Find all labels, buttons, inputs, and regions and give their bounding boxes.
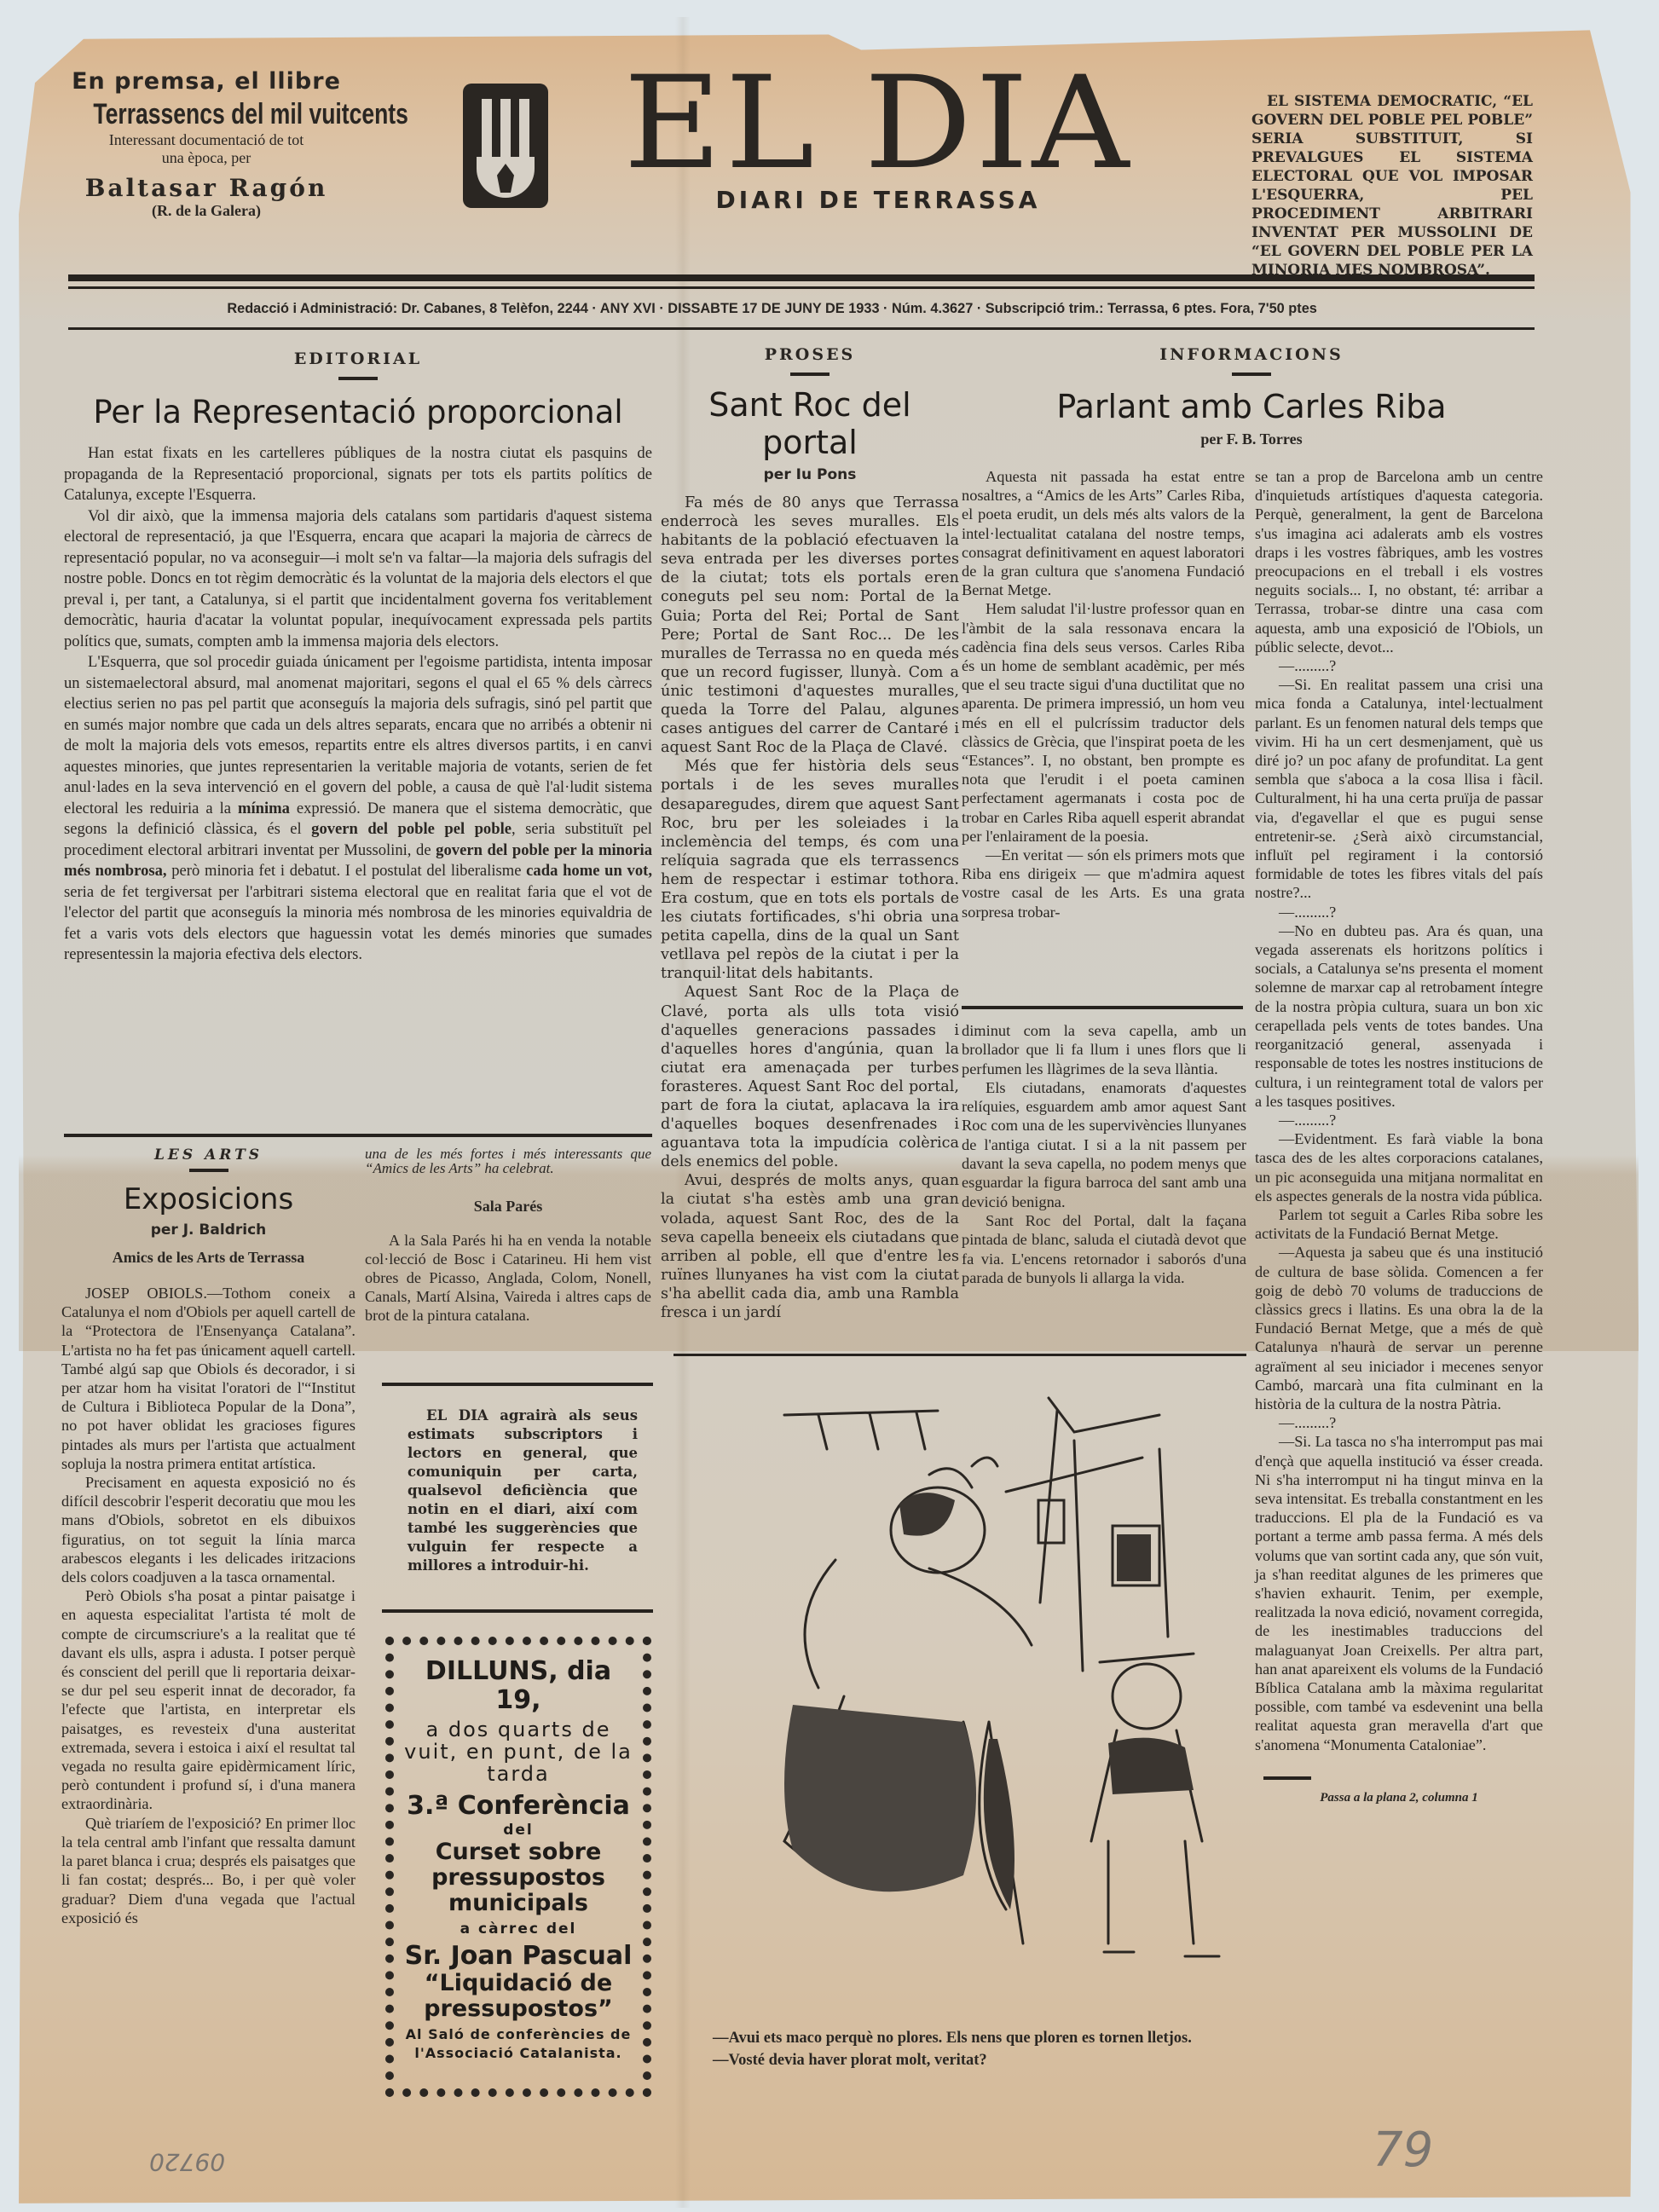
notice-lead: EL DIA xyxy=(408,1407,488,1424)
paragraph: Precisament en aquesta exposició no és d… xyxy=(61,1473,355,1586)
ad-venue: Al Saló de conferències de l'Associació … xyxy=(402,2025,634,2063)
newspaper-title: EL DIA xyxy=(601,68,1156,179)
political-notice-box: EL SISTEMA DEMOCRATIC, “EL GOVERN DEL PO… xyxy=(1251,92,1533,280)
paragraph: —No en dubteu pas. Ara és quan, una vega… xyxy=(1255,921,1543,1111)
ad-time: a dos quarts de vuit, en punt, de la tar… xyxy=(402,1718,634,1785)
ad-speaker: Sr. Joan Pascual xyxy=(402,1942,634,1971)
editorial-article: EDITORIAL Per la Representació proporcio… xyxy=(64,349,652,966)
paragraph: Aquest Sant Roc de la Plaça de Clavé, po… xyxy=(661,983,959,1171)
section-label: EDITORIAL xyxy=(64,349,652,368)
ad-book-title: Terrassencs del mil vuitcents xyxy=(93,98,319,131)
caption-line: —Vosté devia haver plorat molt, veritat? xyxy=(682,2049,1245,2071)
paragraph: —Si. La tasca no s'ha interromput pas ma… xyxy=(1255,1432,1543,1753)
paragraph: Què triaríem de l'exposició? En primer l… xyxy=(61,1814,355,1927)
section-divider xyxy=(790,373,829,376)
informacions-column-2: se tan a prop de Barcelona amb un centre… xyxy=(1255,467,1543,1807)
paragraph: Vol dir això, que la immensa majoria del… xyxy=(64,506,652,653)
paragraph: Però Obiols s'ha posat a pintar paisatge… xyxy=(61,1586,355,1813)
masthead: EL DIA DIARI DE TERRASSA xyxy=(614,68,1142,214)
cartoon-drawing-icon xyxy=(682,1364,1262,2012)
notice-text: agrairà als seus estimats subscriptors i… xyxy=(408,1407,638,1574)
ad-date: DILLUNS, dia 19, xyxy=(402,1657,634,1715)
dateline-rule xyxy=(68,327,1535,330)
caption-line: —Avui ets maco perquè no plores. Els nen… xyxy=(682,2027,1245,2049)
paragraph: —Evidentment. Es farà viable la bona tas… xyxy=(1255,1129,1543,1205)
ad-pseudonym: (R. de la Galera) xyxy=(61,202,351,220)
paragraph: diminut com la seva capella, amb un brol… xyxy=(962,1021,1246,1078)
paragraph: Parlem tot seguit a Carles Riba sobre le… xyxy=(1255,1205,1543,1243)
reader-feedback-notice: EL DIA agrairà als seus estimats subscri… xyxy=(408,1406,638,1575)
column-rule xyxy=(382,1609,653,1613)
article-body: JOSEP OBIOLS.—Tothom coneix a Catalunya … xyxy=(61,1284,355,1927)
paragraph: —.........? xyxy=(1255,1111,1543,1129)
column-rule xyxy=(673,1354,1246,1356)
paragraph: —Aquesta ja sabeu que és una institució … xyxy=(1255,1243,1543,1413)
article-body: Fa més de 80 anys que Terrassa enderrocà… xyxy=(661,494,959,1322)
ad-title: 3.ª Conferència xyxy=(402,1792,634,1821)
ad-topic: “Liquidació de pressupostos” xyxy=(402,1971,634,2022)
archive-mark: 79 xyxy=(1373,2122,1433,2178)
dateline-bar: Redacció i Administració: Dr. Cabanes, 8… xyxy=(68,300,1476,317)
column-rule xyxy=(64,1134,652,1137)
continued-on-page-link[interactable]: Passa a la plana 2, columna 1 xyxy=(1255,1788,1543,1807)
ad-line: Interessant documentació de tot xyxy=(61,131,351,149)
paragraph: una de les més fortes i més interessants… xyxy=(365,1146,651,1175)
les-arts-continuation: una de les més fortes i més interessants… xyxy=(365,1146,651,1325)
paragraph: Avui, després de molts anys, quan la ciu… xyxy=(661,1171,959,1322)
ad-author: Baltasar Ragón xyxy=(61,174,351,202)
paragraph: —.........? xyxy=(1255,656,1543,675)
article-headline: Parlant amb Carles Riba xyxy=(962,388,1541,425)
paragraph: —Si. En realitat passem una crisi una mi… xyxy=(1255,675,1543,902)
section-label: PROSES xyxy=(661,345,959,364)
section-divider xyxy=(338,377,378,380)
column-rule xyxy=(962,1006,1243,1009)
paragraph: JOSEP OBIOLS.—Tothom coneix a Catalunya … xyxy=(61,1284,355,1473)
section-label: LES ARTS xyxy=(61,1146,355,1164)
paragraph: —.........? xyxy=(1255,1413,1543,1432)
ad-line: En premsa, el llibre xyxy=(61,68,351,95)
book-advertisement: En premsa, el llibre Terrassencs del mil… xyxy=(61,68,351,220)
proses-article-continuation: diminut com la seva capella, amb un brol… xyxy=(962,1021,1246,1287)
cartoon-illustration xyxy=(682,1364,1262,2012)
paragraph: Han estat fixats en les cartelleres públ… xyxy=(64,443,652,506)
article-headline: Per la Representació proporcional xyxy=(64,394,652,431)
header-rule xyxy=(68,286,1535,289)
conference-advertisement: DILLUNS, dia 19, a dos quarts de vuit, e… xyxy=(385,1637,651,2097)
article-headline: Sant Roc del portal xyxy=(661,386,959,461)
paragraph: Hem saludat l'il·lustre professor quan e… xyxy=(962,599,1245,846)
article-headline: Exposicions xyxy=(61,1181,355,1218)
ad-course: Curset sobre pressupostos municipals xyxy=(402,1839,634,1916)
ad-line: a càrrec del xyxy=(402,1920,634,1938)
paragraph: A la Sala Parés hi ha en venda la notabl… xyxy=(365,1231,651,1325)
terrassa-coat-of-arms-icon xyxy=(463,84,548,208)
informacions-column-1: Aquesta nit passada ha estat entre nosal… xyxy=(962,467,1245,921)
paragraph: —En veritat — són els primers mots que R… xyxy=(962,846,1245,921)
cartoon-caption: —Avui ets maco perquè no plores. Els nen… xyxy=(682,2027,1245,2071)
paragraph: Els ciutadans, enamorats d'aquestes relí… xyxy=(962,1078,1246,1211)
article-byline: per F. B. Torres xyxy=(962,430,1541,448)
les-arts-article: LES ARTS Exposicions per J. Baldrich Ami… xyxy=(61,1146,355,1927)
paragraph: Fa més de 80 anys que Terrassa enderrocà… xyxy=(661,494,959,757)
article-subhead: Amics de les Arts de Terrassa xyxy=(61,1249,355,1267)
article-byline: per J. Baldrich xyxy=(61,1222,355,1239)
paragraph: Sant Roc del Portal, dalt la façana pint… xyxy=(962,1211,1246,1287)
paragraph: se tan a prop de Barcelona amb un centre… xyxy=(1255,467,1543,656)
paragraph: Aquesta nit passada ha estat entre nosal… xyxy=(962,467,1245,599)
section-divider xyxy=(189,1169,228,1172)
section-label: INFORMACIONS xyxy=(962,345,1541,364)
archive-number: 09720 xyxy=(149,2148,225,2176)
ad-line: una època, per xyxy=(61,149,351,167)
article-subhead: Sala Parés xyxy=(365,1199,651,1214)
column-rule xyxy=(382,1383,653,1386)
paragraph: —.........? xyxy=(1255,903,1543,921)
header-rule xyxy=(68,274,1535,281)
paragraph: L'Esquerra, que sol procedir guiada únic… xyxy=(64,652,652,966)
article-byline: per Iu Pons xyxy=(661,466,959,483)
proses-article: PROSES Sant Roc del portal per Iu Pons F… xyxy=(661,345,959,1322)
article-body: Han estat fixats en les cartelleres públ… xyxy=(64,443,652,966)
paragraph: Més que fer història dels seus portals i… xyxy=(661,757,959,983)
ad-line: del xyxy=(402,1821,634,1839)
end-rule xyxy=(1263,1776,1311,1780)
informacions-article: INFORMACIONS Parlant amb Carles Riba per… xyxy=(962,345,1541,448)
section-divider xyxy=(1232,373,1271,376)
